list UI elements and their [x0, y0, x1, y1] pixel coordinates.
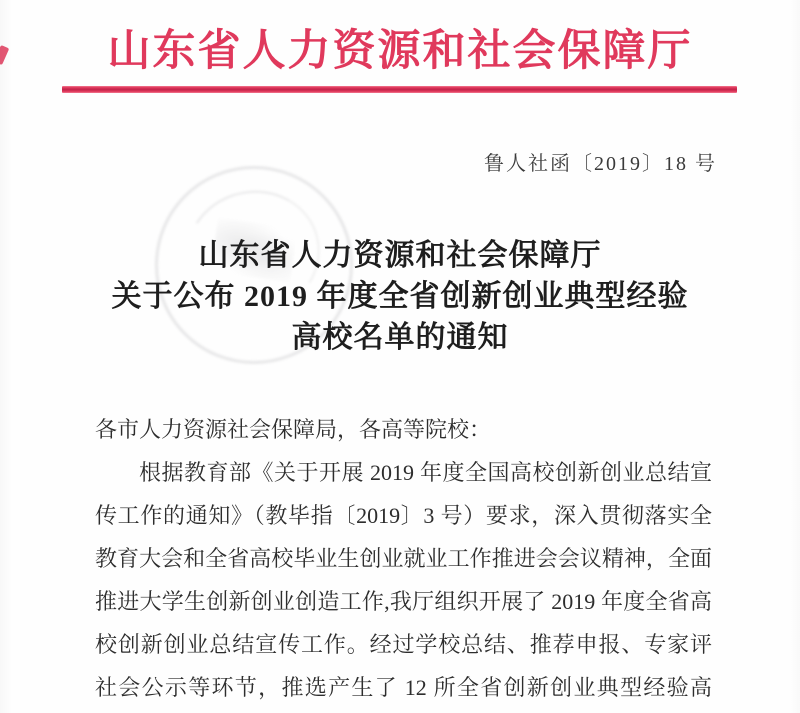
letterhead-agency-title: 山东省人力资源和社会保障厅: [0, 27, 800, 77]
notice-title-line-2: 关于公布 2019 年度全省创新创业典型经验: [0, 276, 800, 317]
body-line: 社会公示等环节，推选产生了 12 所全省创新创业典型经验高校。: [95, 666, 712, 709]
body-line: 根据教育部《关于开展 2019 年度全国高校创新创业总结宣: [95, 451, 712, 494]
letterhead-red-rule: [62, 86, 737, 93]
scanned-notice-page: 山东省人力资源和社会保障厅 鲁人社函〔2019〕18 号 山东省人力资源和社会保…: [0, 0, 800, 713]
notice-title-line-3: 高校名单的通知: [0, 317, 800, 358]
body-line: 校创新创业总结宣传工作。经过学校总结、推荐申报、专家评选、: [95, 623, 712, 666]
body-line: 教育大会和全省高校毕业生创业就业工作推进会会议精神，全面: [95, 537, 712, 580]
document-number: 鲁人社函〔2019〕18 号: [484, 150, 717, 178]
body-line: 推进大学生创新创业创造工作,我厅组织开展了 2019 年度全省高: [95, 580, 712, 623]
body-salutation: 各市人力资源社会保障局，各高等院校：: [95, 408, 712, 451]
notice-body: 各市人力资源社会保障局，各高等院校： 根据教育部《关于开展 2019 年度全国高…: [95, 408, 712, 709]
body-line: 传工作的通知》（教毕指〔2019〕3 号）要求，深入贯彻落实全国: [95, 494, 712, 537]
notice-title-line-1: 山东省人力资源和社会保障厅: [0, 235, 800, 276]
notice-title: 山东省人力资源和社会保障厅 关于公布 2019 年度全省创新创业典型经验 高校名…: [0, 235, 800, 358]
